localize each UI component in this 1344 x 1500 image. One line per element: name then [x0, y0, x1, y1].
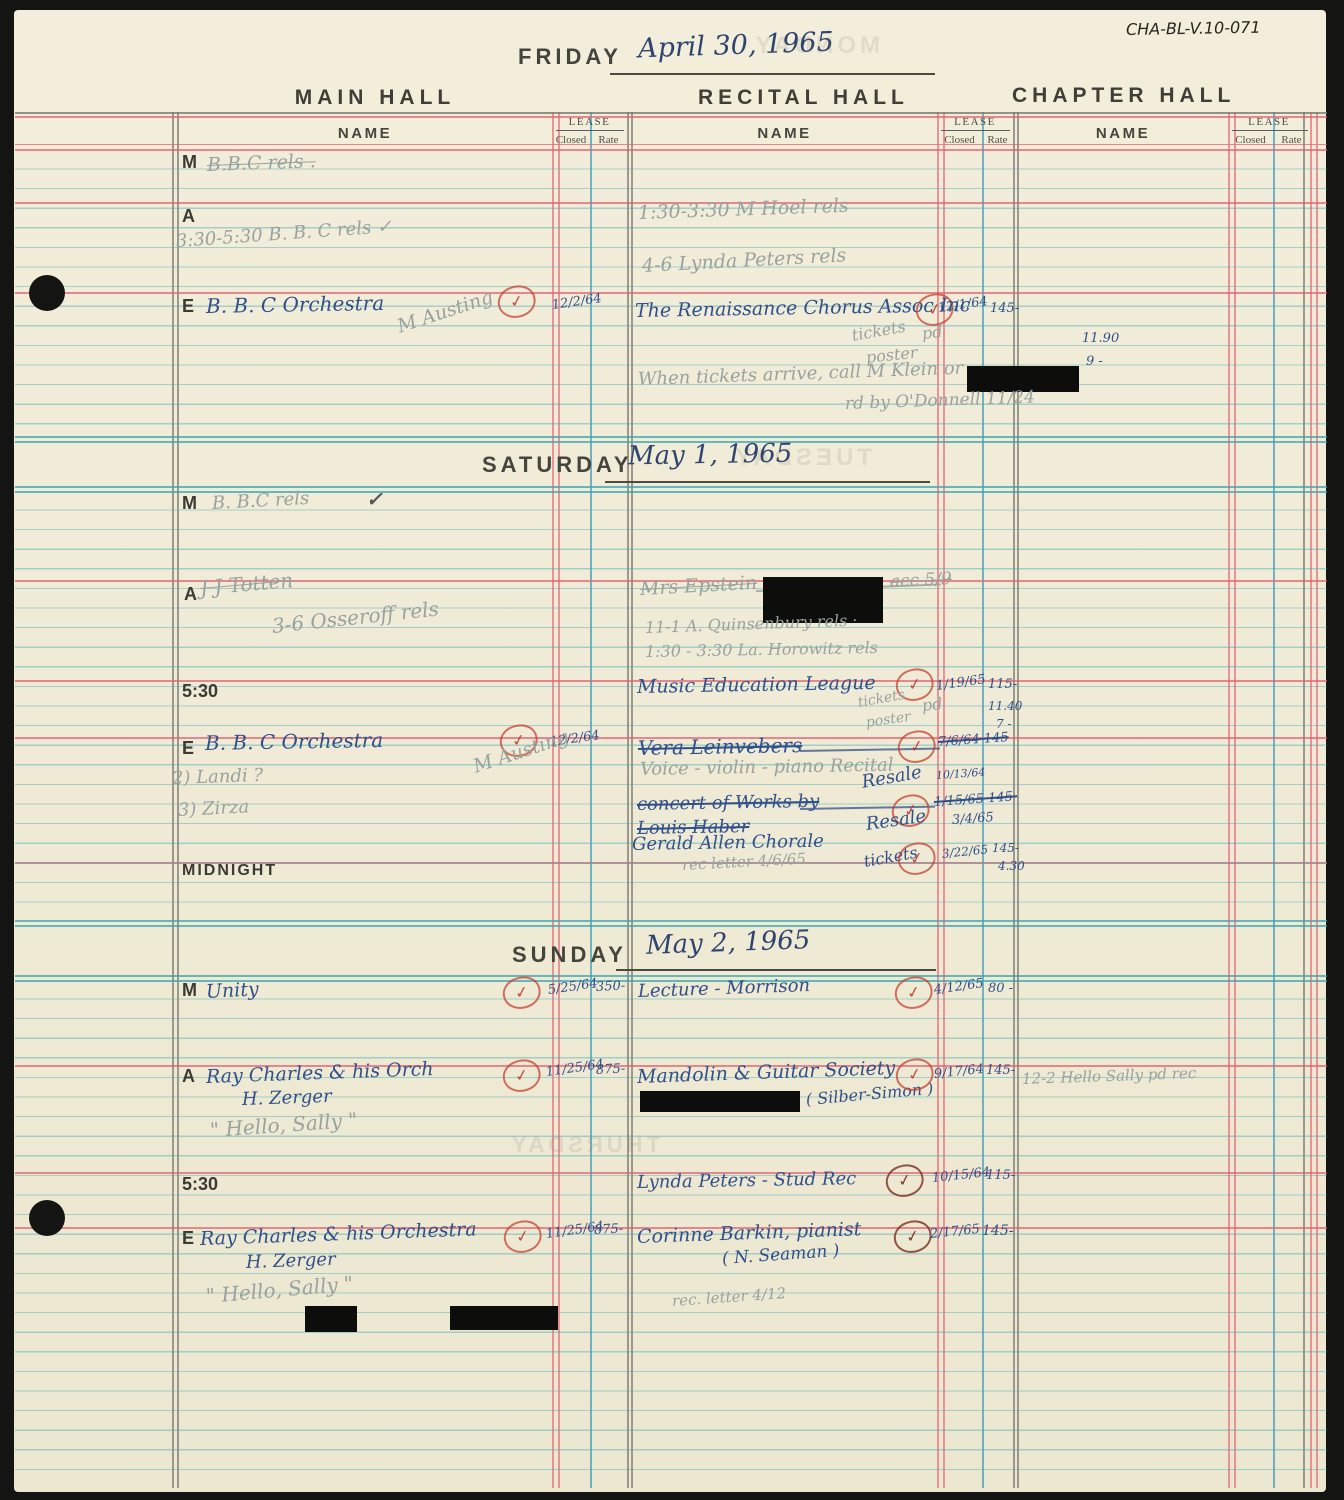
punch-hole: [29, 1200, 65, 1236]
row-label-saturday-530: 5:30: [182, 681, 218, 702]
row-label-saturday-e: E: [182, 738, 194, 759]
ruled-lines: [15, 491, 1327, 920]
date-underline: [616, 969, 936, 971]
pencil-note: 3) Zirza: [178, 798, 250, 820]
redaction-bar: [450, 1306, 558, 1330]
handwritten-value: 115-: [986, 1169, 1015, 1182]
bleedthrough-text: TUESDAY: [732, 446, 872, 470]
col-header-closed-main: Closed: [552, 134, 590, 146]
section-divider-line: [15, 975, 1327, 977]
section-divider-line: [15, 436, 1327, 438]
handwritten-entry: B. B. C Orchestra: [206, 293, 384, 316]
row-label-friday-m: M: [182, 152, 197, 173]
handwritten-value: 10/13/64: [936, 767, 986, 781]
pencil-checkmark: ✓: [366, 489, 383, 509]
handwritten-value: 3/4/65: [952, 811, 995, 827]
row-label-sunday-e: E: [182, 1228, 194, 1249]
handwritten-value: 11.40: [988, 700, 1022, 712]
day-date-sunday: May 2, 1965: [646, 925, 811, 961]
pencil-note: Voice - violin - piano Recital: [640, 757, 894, 779]
col-header-rate-recital: Rate: [982, 134, 1013, 146]
handwritten-value: 145-: [992, 842, 1019, 854]
handwritten-entry: Music Education League: [637, 674, 876, 697]
section-divider-line: [15, 920, 1327, 922]
lease-underline: [1232, 130, 1308, 131]
bleedthrough-text: MONDAY: [752, 34, 880, 58]
handwritten-entry: H. Zerger: [246, 1251, 336, 1272]
handwritten-entry: H. Zerger: [242, 1088, 332, 1109]
col-header-lease-chapter: LEASE: [1228, 116, 1310, 128]
hall-title-main: MAIN HALL: [285, 86, 465, 110]
handwritten-value: 4.30: [998, 860, 1025, 872]
handwritten-entry-struck: Vera Leinvebers: [638, 735, 803, 758]
col-header-closed-recital: Closed: [937, 134, 982, 146]
hall-title-recital: RECITAL HALL: [698, 86, 888, 110]
row-label-saturday-m: M: [182, 493, 197, 514]
col-header-lease-recital: LEASE: [937, 116, 1013, 128]
red-row-line: [15, 144, 1327, 146]
row-label-saturday-a: A: [184, 584, 197, 605]
handwritten-value: 7 -: [996, 718, 1012, 730]
pencil-note: pd: [921, 696, 943, 714]
punch-hole: [29, 275, 65, 311]
section-divider-line: [15, 486, 1327, 488]
row-label-sunday-m: M: [182, 980, 197, 1001]
scanned-ledger-photo: FRIDAY April 30, 1965 SATURDAY May 1, 19…: [0, 0, 1344, 1500]
bleedthrough-text: THURSDAY: [508, 1134, 660, 1156]
archive-code: CHA-BL-V.10-071: [1126, 20, 1261, 38]
col-header-name-main: NAME: [178, 125, 552, 142]
hall-title-chapter: CHAPTER HALL: [1012, 84, 1217, 108]
pencil-note: pd: [921, 324, 943, 342]
day-label-friday: FRIDAY: [518, 44, 622, 70]
handwritten-entry-struck: concert of Works by: [637, 793, 820, 814]
day-label-saturday: SATURDAY: [482, 452, 633, 478]
pencil-note: B. B.C rels: [212, 490, 310, 513]
col-header-name-chapter: NAME: [1018, 125, 1228, 142]
lease-underline: [941, 130, 1010, 131]
section-divider-line: [15, 925, 1327, 927]
redaction-bar: [640, 1091, 800, 1112]
handwritten-value: 875-: [594, 1222, 624, 1237]
handwritten-entry: Lynda Peters - Stud Rec: [637, 1170, 857, 1192]
pencil-note-struck: B.B.C rels .: [207, 152, 316, 175]
handwritten-value: 145-: [986, 1064, 1015, 1077]
handwritten-value: 145-: [982, 1224, 1013, 1238]
col-header-rate-chapter: Rate: [1273, 134, 1310, 146]
handwritten-value: 11.90: [1082, 332, 1119, 345]
col-header-closed-chapter: Closed: [1228, 134, 1273, 146]
ledger-overlay: FRIDAY April 30, 1965 SATURDAY May 1, 19…: [0, 0, 1344, 1500]
handwritten-entry: B. B. C Orchestra: [205, 730, 383, 753]
handwritten-value: 115-: [988, 678, 1017, 691]
handwritten-entry: Unity: [206, 980, 260, 1002]
handwritten-value: 80 -: [988, 982, 1013, 995]
handwritten-value: 145-: [990, 302, 1019, 315]
lease-underline: [556, 130, 624, 131]
date-underline: [605, 481, 930, 483]
pencil-note: 1:30 - 3:30 La. Horowitz rels: [645, 640, 878, 660]
col-header-name-recital: NAME: [632, 125, 937, 142]
pencil-note: 2) Landi ?: [172, 767, 264, 788]
pencil-note-struck: acc 5/9: [890, 571, 953, 591]
handwritten-value: 350-: [596, 979, 626, 994]
col-header-rate-main: Rate: [590, 134, 627, 146]
row-label-friday-e: E: [182, 296, 194, 317]
day-label-sunday: SUNDAY: [512, 942, 627, 968]
redaction-bar: [305, 1306, 357, 1332]
col-header-lease-main: LEASE: [552, 116, 627, 128]
row-label-sunday-a: A: [182, 1066, 195, 1087]
handwritten-value: 875-: [596, 1062, 626, 1077]
row-label-sunday-530: 5:30: [182, 1174, 218, 1195]
header-top-line: [15, 112, 1327, 114]
row-label-saturday-midnight: MIDNIGHT: [182, 862, 277, 880]
date-underline: [610, 73, 935, 75]
red-row-line: [15, 116, 1327, 118]
row-label-friday-a: A: [182, 206, 195, 227]
handwritten-value: 9 -: [1086, 355, 1103, 368]
